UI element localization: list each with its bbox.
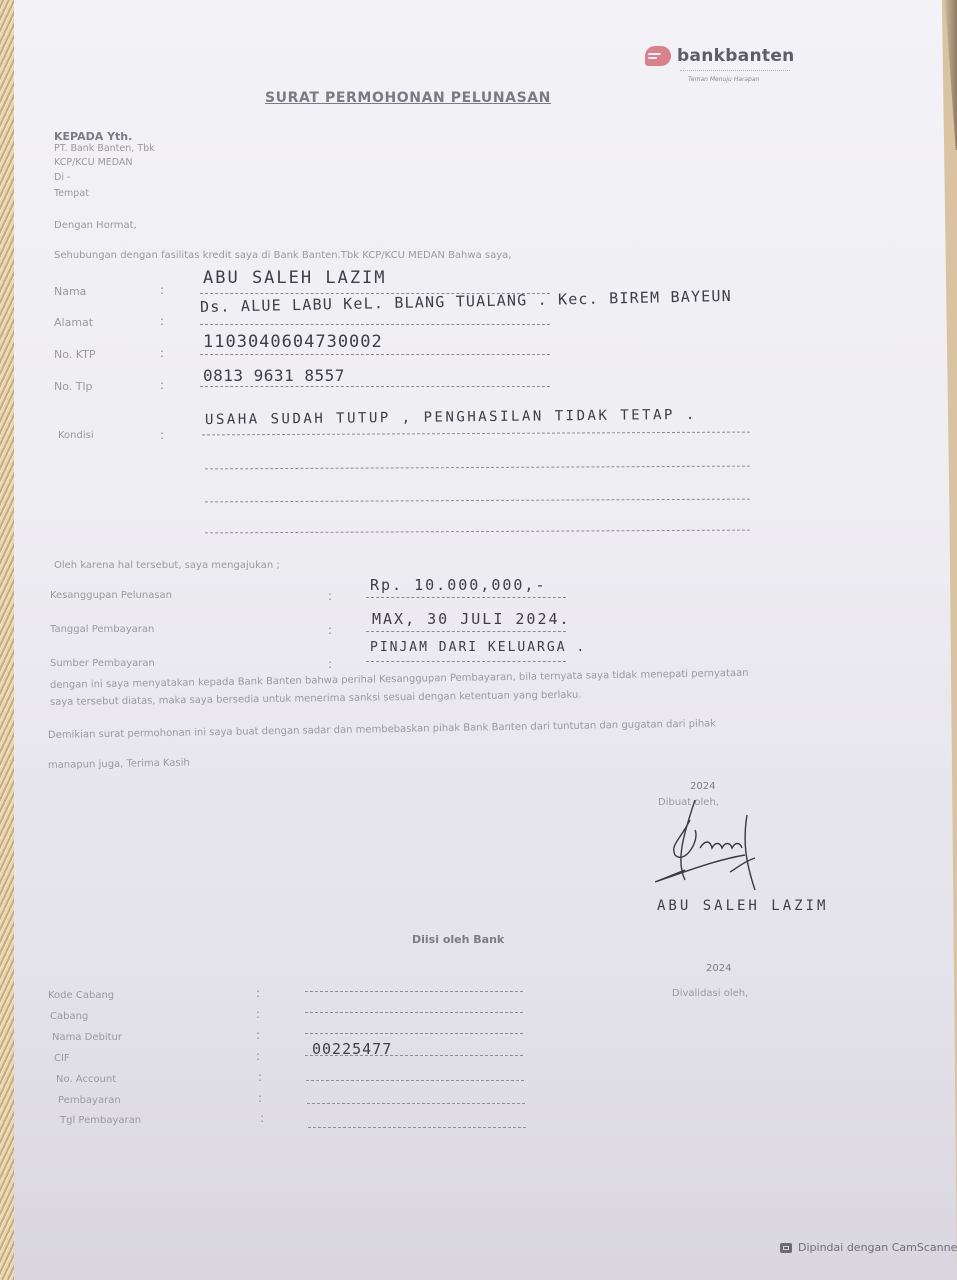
proposal-intro: Oleh karena hal tersebut, saya mengajuka… (54, 560, 280, 571)
colon: : (260, 1111, 264, 1125)
validation-year: 2024 (706, 963, 731, 974)
field-label-nama: Nama (54, 285, 86, 298)
colon: : (160, 428, 164, 442)
bank-logo: bankbanten (645, 46, 795, 66)
camscanner-watermark: Dipindai dengan CamScanner (780, 1241, 957, 1254)
bank-tagline: Teman Menuju Harapan (688, 76, 759, 83)
colon: : (328, 589, 332, 603)
field-label-tanggal: Tanggal Pembayaran (50, 624, 154, 635)
fabric-edge-right (945, 0, 957, 150)
validated-by-label: Divalidasi oleh, (672, 988, 748, 999)
bank-field-line (305, 991, 523, 992)
colon: : (160, 378, 164, 392)
field-label-sumber: Sumber Pembayaran (50, 658, 155, 669)
field-label-alamat: Alamat (54, 316, 93, 329)
colon: : (256, 1028, 260, 1042)
field-label-ktp: No. KTP (54, 348, 95, 361)
signer-name: ABU SALEH LAZIM (657, 898, 828, 914)
bank-field-line (305, 1055, 523, 1056)
colon: : (256, 1049, 260, 1063)
colon: : (328, 657, 332, 671)
bank-field-label: Nama Debitur (52, 1032, 122, 1043)
field-label-kesanggupan: Kesanggupan Pelunasan (50, 590, 172, 601)
bank-field-line (308, 1127, 526, 1128)
camscanner-icon (780, 1243, 792, 1253)
bank-field-label: Kode Cabang (48, 990, 114, 1001)
field-value-kesanggupan: Rp. 10.000,000,- (370, 576, 547, 594)
field-line (366, 661, 566, 662)
bank-logo-icon (645, 46, 671, 66)
watermark-text: Dipindai dengan CamScanner (798, 1241, 957, 1254)
field-value-tanggal: MAX, 30 JULI 2024. (372, 610, 571, 628)
signature-scribble (655, 800, 775, 900)
field-line (366, 631, 566, 632)
colon: : (256, 986, 260, 1000)
field-value-tlp: 0813 9631 8557 (203, 366, 345, 385)
intro-text: Sehubungan dengan fasilitas kredit saya … (54, 250, 511, 261)
logo-underline (680, 68, 790, 71)
bank-field-label: CIF (54, 1053, 70, 1064)
colon: : (160, 283, 164, 297)
field-line (200, 386, 550, 387)
bank-field-label: Cabang (50, 1011, 88, 1022)
colon: : (256, 1007, 260, 1021)
document-title: SURAT PERMOHONAN PELUNASAN (265, 90, 551, 106)
bank-field-line (305, 1033, 523, 1034)
bank-field-label: Pembayaran (58, 1095, 121, 1106)
recipient-line: Tempat (54, 188, 89, 199)
colon: : (160, 314, 164, 328)
field-label-kondisi: Kondisi (58, 430, 94, 441)
colon: : (160, 346, 164, 360)
recipient-line: KCP/KCU MEDAN (54, 157, 133, 168)
field-line (200, 324, 550, 325)
bank-field-label: Tgl Pembayaran (60, 1115, 141, 1126)
salutation: Dengan Hormat, (54, 220, 137, 231)
field-value-ktp: 1103040604730002 (203, 332, 383, 352)
field-label-tlp: No. Tlp (54, 380, 93, 393)
bank-field-label: No. Account (56, 1074, 116, 1085)
bank-section-heading: Diisi oleh Bank (412, 933, 504, 946)
bank-field-line (305, 1012, 523, 1013)
recipient-line: Di - (54, 172, 70, 183)
bank-field-line (306, 1080, 524, 1081)
field-value-nama: ABU SALEH LAZIM (203, 268, 387, 288)
colon: : (328, 623, 332, 637)
field-line (366, 597, 566, 598)
recipient-heading: KEPADA Yth. (54, 130, 132, 143)
signature-year: 2024 (690, 781, 715, 792)
recipient-line: PT. Bank Banten, Tbk (54, 143, 155, 154)
colon: : (258, 1070, 262, 1084)
field-value-sumber: PINJAM DARI KELUARGA . (370, 640, 586, 655)
field-line (200, 354, 550, 355)
bank-brand-name: bankbanten (677, 46, 795, 66)
bank-field-line (307, 1103, 525, 1104)
colon: : (258, 1091, 262, 1105)
